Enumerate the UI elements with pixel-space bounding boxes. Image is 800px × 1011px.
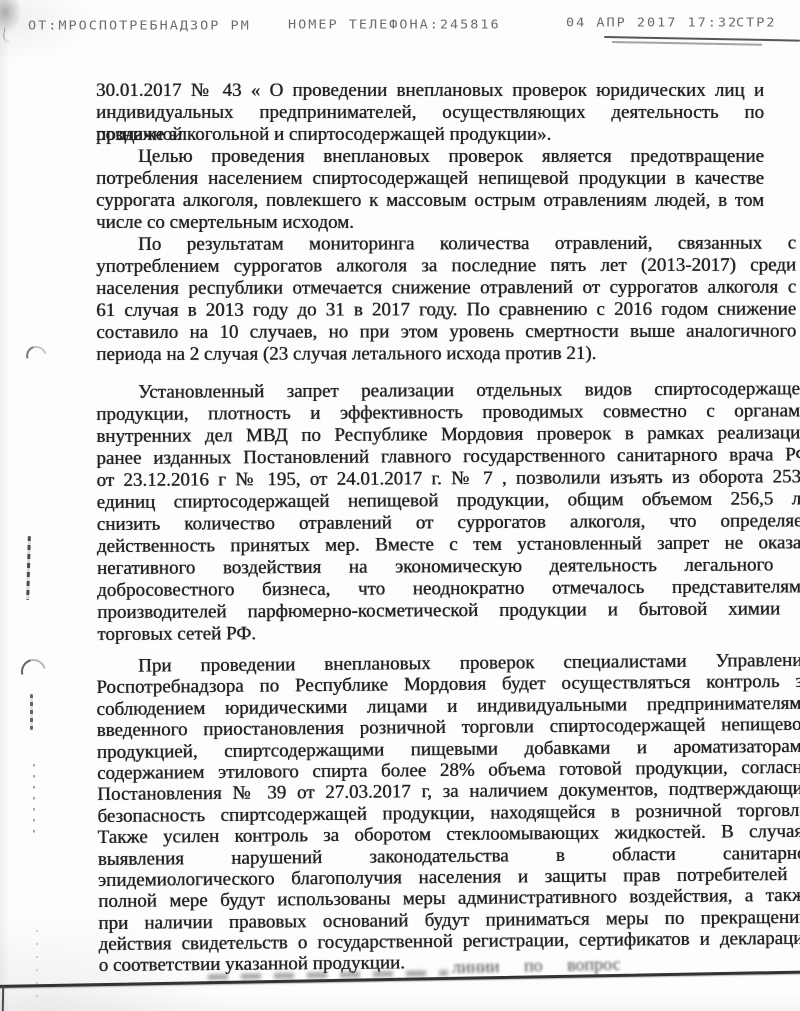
scan-streak-artifact bbox=[30, 694, 33, 730]
text-line: производителей парфюмерно-косметической … bbox=[97, 598, 800, 624]
paragraph: 30.01.2017 № 43 « О проведении внепланов… bbox=[96, 80, 764, 146]
fax-datetime: 04 АПР 2017 17:32 bbox=[566, 16, 738, 31]
fax-page-number: СТР2 bbox=[736, 16, 777, 31]
document-body: 30.01.2017 № 43 « О проведении внепланов… bbox=[96, 80, 800, 977]
text-line: употреблением суррогатов алкоголя за пос… bbox=[96, 255, 796, 278]
text-line: суррогата алкоголя, повлекшего к массовы… bbox=[96, 190, 764, 212]
text-line: индивидуальных предпринимателей, осущест… bbox=[96, 102, 764, 124]
text-line: Целью проведения внеплановых проверок яв… bbox=[96, 146, 764, 168]
text-line: 30.01.2017 № 43 « О проведении внепланов… bbox=[96, 80, 764, 102]
paragraph: Установленный запрет реализации отдельны… bbox=[96, 378, 800, 646]
fax-sender: ОТ:МРОСПОТРЕБНАДЗОР РМ bbox=[28, 18, 251, 33]
fax-phone-number: НОМЕР ТЕЛЕФОНА:245816 bbox=[288, 17, 501, 32]
paragraph: Целью проведения внеплановых проверок яв… bbox=[96, 146, 764, 234]
text-line: По результатам мониторинга количества от… bbox=[96, 233, 796, 256]
text-line: потребления населением спиртосодержащей … bbox=[96, 168, 764, 190]
scan-dots-artifact bbox=[33, 764, 35, 840]
paragraph: При проведении внеплановых проверок спец… bbox=[96, 650, 800, 977]
text-line: 61 случая в 2013 году до 31 в 2017 году.… bbox=[96, 299, 796, 322]
text-line: числе со смертельным исходом. bbox=[96, 212, 764, 234]
paragraph: По результатам мониторинга количества от… bbox=[96, 233, 796, 366]
text-line: торговых сетей РФ. bbox=[97, 620, 800, 646]
scan-dots-artifact bbox=[36, 930, 38, 1000]
page-corner-edge bbox=[2, 986, 5, 1011]
text-line: составило на 10 случаев, но при этом уро… bbox=[96, 321, 796, 344]
text-line: периода на 2 случая (23 случая летальног… bbox=[96, 343, 796, 366]
text-line: продаже алкогольной и спиртосодержащей п… bbox=[96, 124, 764, 146]
text-line: населения республики отмечается снижение… bbox=[96, 277, 796, 300]
